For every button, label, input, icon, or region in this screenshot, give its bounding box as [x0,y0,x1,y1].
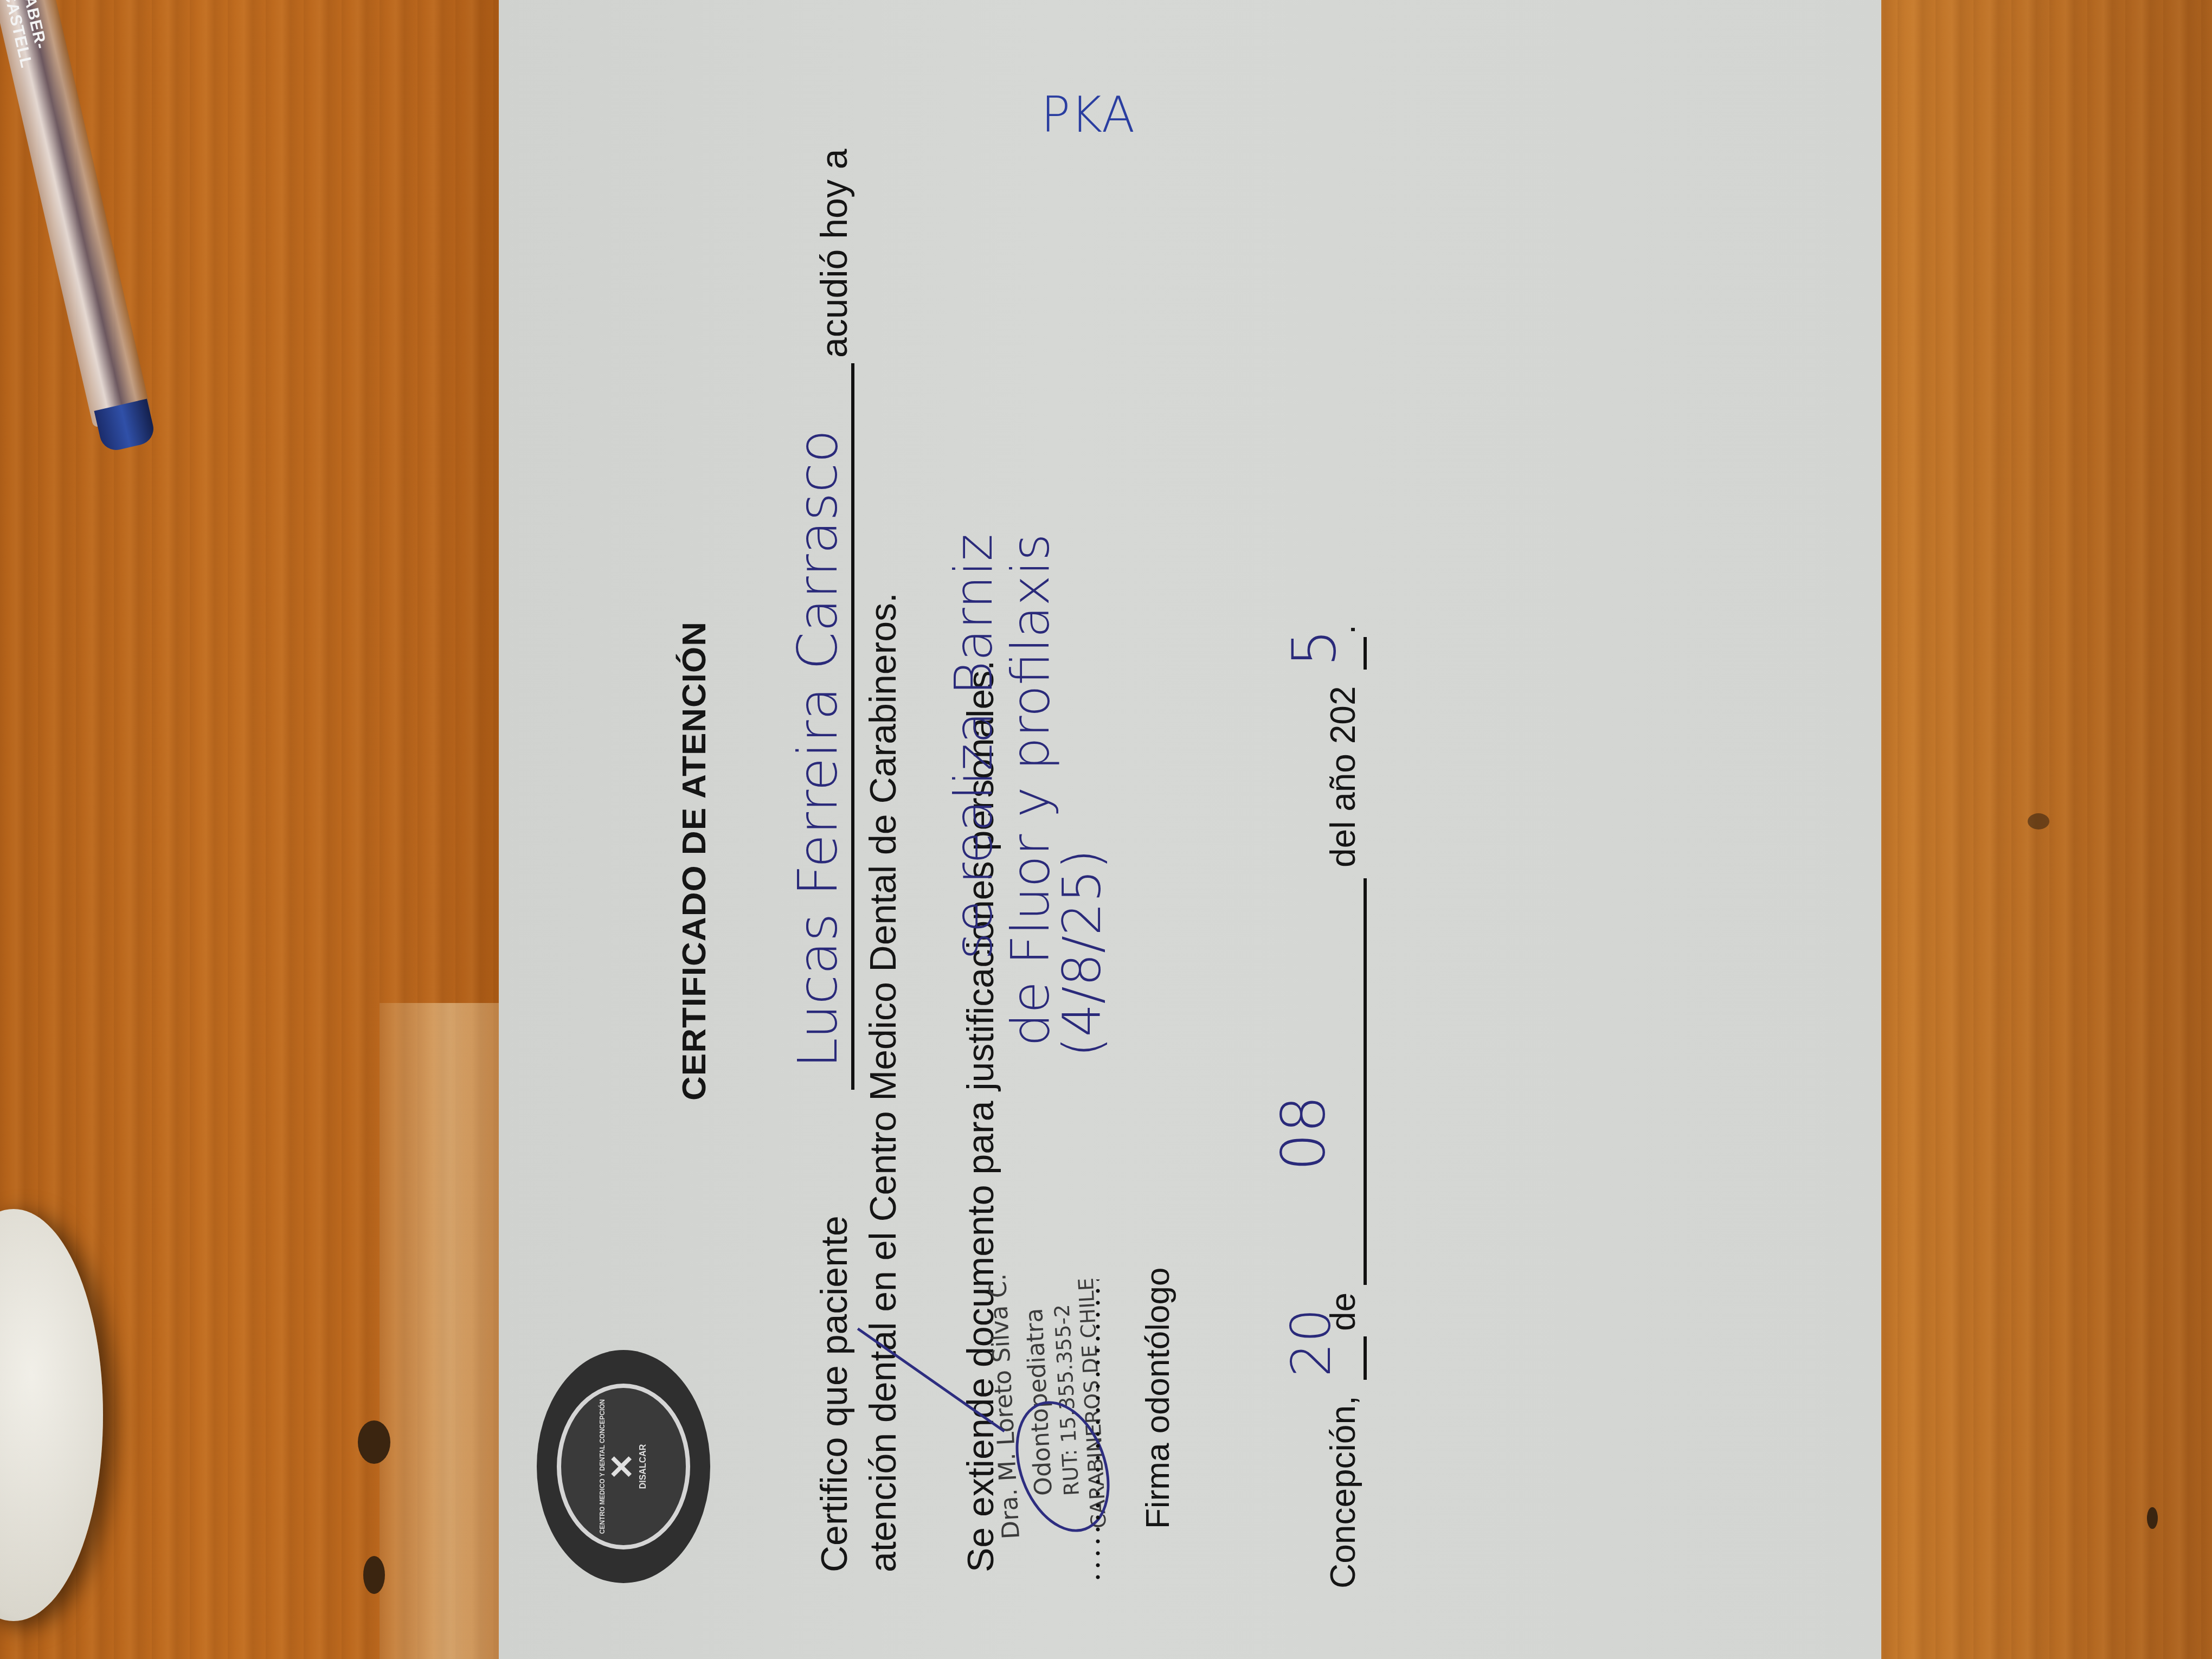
date-year-label: del año 202 [1323,686,1363,867]
certify-suffix: acudió hoy a [813,149,856,358]
date-period: . [1323,625,1363,634]
date-month-field: 08 [1269,1095,1338,1171]
signature-dotted-line [1095,1279,1101,1583]
wood-knot [2147,1507,2158,1529]
month-underline [1364,878,1367,1285]
wood-knot [363,1556,385,1594]
date-de-label: de [1323,1293,1363,1331]
day-underline [1364,1336,1367,1380]
corner-handwritten-mark: PKA [1041,87,1135,144]
clinic-logo: CENTRO MEDICO Y DENTAL CONCEPCIÓN ✕ DISA… [537,1350,710,1583]
page-title: CERTIFICADO DE ATENCIÓN [675,621,713,1101]
wood-knot [358,1420,390,1464]
handwritten-note-line1: se realiza Barniz [943,534,1004,960]
attention-statement: atención dental en el Centro Medico Dent… [862,593,904,1572]
certificate-paper: CENTRO MEDICO Y DENTAL CONCEPCIÓN ✕ DISA… [499,0,1881,1659]
certify-prefix: Certifico que paciente [813,1216,856,1572]
caduceus-emblem-icon: ✕ [606,1453,639,1480]
certificate-page: CENTRO MEDICO Y DENTAL CONCEPCIÓN ✕ DISA… [499,0,1881,1659]
signature-label: Firma odontólogo [1139,1268,1177,1529]
date-city: Concepción, [1323,1396,1363,1589]
logo-ring-text-bottom: DISALCAR [639,1444,648,1489]
patient-name-field: Lucas Ferreira Carrasco [786,430,850,1068]
logo-seal: CENTRO MEDICO Y DENTAL CONCEPCIÓN ✕ DISA… [557,1384,690,1549]
date-year-digit-field: 5 [1279,629,1349,667]
year-underline [1364,637,1367,670]
handwritten-note-date: (4/8/25) [1052,849,1113,1057]
patient-name-underline [851,363,854,1090]
wood-knot [2028,813,2049,829]
